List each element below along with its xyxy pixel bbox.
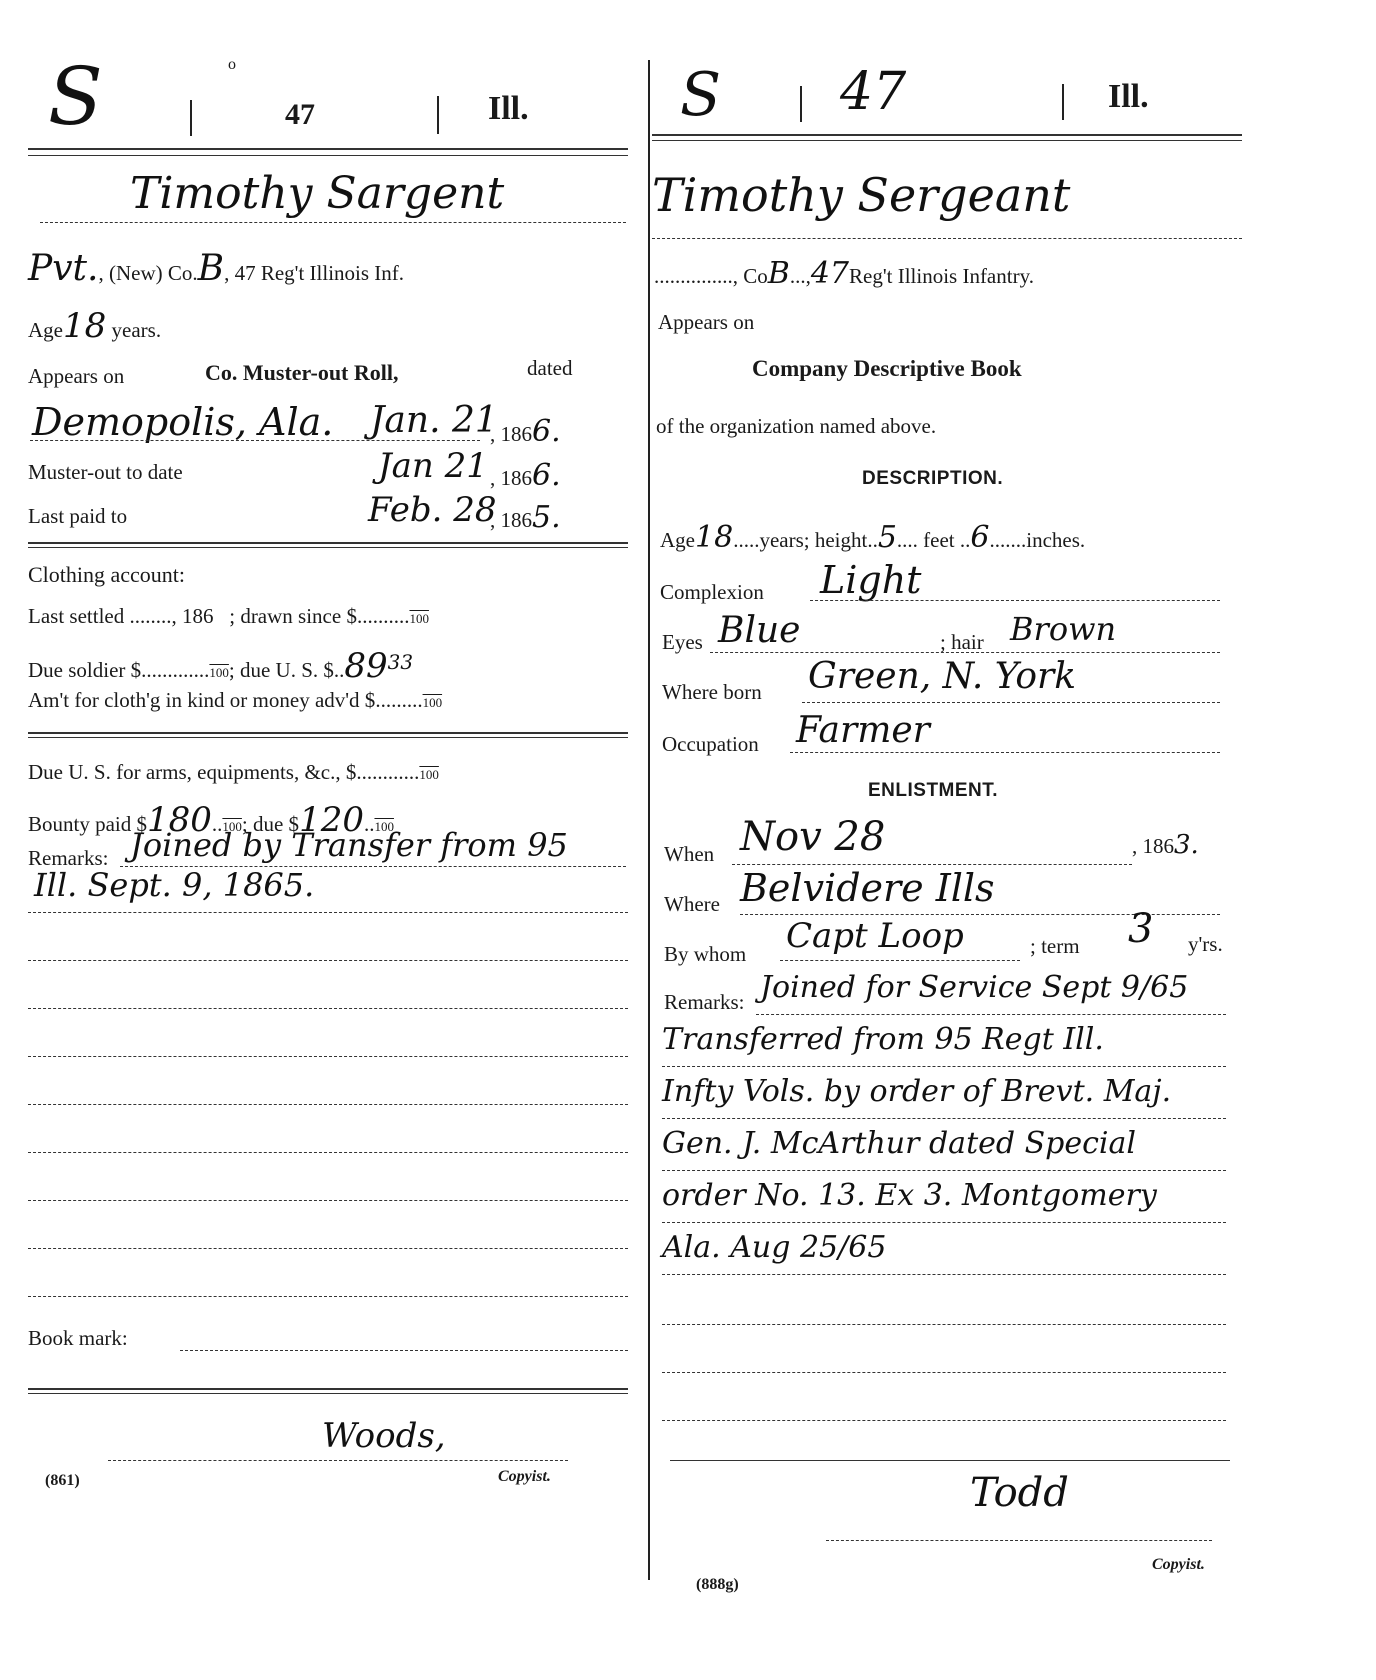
term-unit: y'rs. [1188, 932, 1223, 957]
roll-date: Jan. 21 [370, 400, 498, 441]
age-value: 18 [695, 520, 733, 555]
section-rule [28, 732, 628, 734]
rank-line-prefix: , (New) Co. [98, 261, 197, 285]
remarks-rule [662, 1118, 1226, 1119]
complexion-value: Light [820, 558, 921, 602]
appears-on-label: Appears on [658, 310, 754, 335]
remarks-rule [756, 1014, 1226, 1015]
header-rule [28, 148, 628, 150]
dated-label: dated [527, 356, 572, 381]
book-title: Company Descriptive Book [752, 356, 1022, 382]
born-label: Where born [662, 680, 762, 705]
remarks-line: Gen. J. McArthur dated Special [662, 1126, 1136, 1161]
blank-line [28, 1200, 628, 1201]
section-rule [28, 737, 628, 738]
header-divider [800, 86, 802, 122]
name-line [40, 222, 626, 223]
complexion-label: Complexion [660, 580, 764, 605]
age-value: 18 [63, 306, 106, 346]
header-rule [28, 155, 628, 156]
remarks-line: Joined for Service Sept 9/65 [760, 970, 1188, 1005]
term-value: 3 [1128, 906, 1153, 952]
descriptive-book-card: S 47 Ill. Timothy Sergeant .............… [640, 0, 1376, 1680]
roll-place: Demopolis, Ala. [32, 400, 333, 444]
section-rule [28, 542, 628, 544]
arms-line: Due U. S. for arms, equipments, &c., $..… [28, 760, 439, 785]
muster-out-label: Muster-out to date [28, 460, 183, 485]
header-mark: o [228, 56, 236, 74]
copyist-line [826, 1540, 1212, 1541]
inches-value: 6 [970, 520, 989, 555]
roll-year: , 1866. [490, 414, 561, 449]
remarks-rule [662, 1274, 1226, 1275]
remarks-rule [662, 1222, 1226, 1223]
copyist-line [108, 1460, 568, 1461]
book-mark-label: Book mark: [28, 1326, 128, 1351]
soldier-name: Timothy Sargent [130, 168, 504, 219]
name-line [652, 238, 1242, 239]
copyist-label: Copyist. [498, 1468, 551, 1486]
where-value: Belvidere Ills [740, 866, 995, 910]
remarks-line: Infty Vols. by order of Brevt. Maj. [662, 1074, 1171, 1109]
remarks-line: Transferred from 95 Regt Ill. [662, 1022, 1104, 1057]
header-rule [652, 140, 1242, 141]
surname-initial: S [680, 60, 721, 130]
rank-value: Pvt. [28, 248, 98, 289]
company-value: B [768, 256, 790, 291]
due-us-dollars: 89 [344, 646, 387, 686]
born-line [802, 702, 1220, 703]
hair-value: Brown [1010, 610, 1116, 648]
header-divider [190, 100, 192, 136]
when-value: Nov 28 [740, 814, 885, 860]
muster-out-date: Jan 21 [378, 446, 488, 486]
when-line [732, 864, 1132, 865]
state-abbr: Ill. [488, 90, 529, 128]
blank-line [28, 960, 628, 961]
blank-line [28, 1104, 628, 1105]
complexion-line [810, 600, 1220, 601]
born-value: Green, N. York [808, 656, 1076, 697]
blank-line [28, 1008, 628, 1009]
roll-line [30, 440, 480, 441]
copyist-signature: Woods, [322, 1416, 446, 1456]
by-whom-value: Capt Loop [786, 916, 964, 956]
section-rule [28, 547, 628, 548]
when-label: When [664, 842, 714, 867]
header-divider [1062, 84, 1064, 120]
age-unit: years. [112, 318, 162, 342]
blank-line [28, 912, 628, 913]
remarks-rule [662, 1170, 1226, 1171]
form-number: (888g) [696, 1576, 739, 1594]
age-line: Age18 years. [28, 306, 161, 346]
remarks-line-1: Joined by Transfer from 95 [130, 826, 568, 864]
when-year: , 1863. [1132, 830, 1199, 860]
remarks-line-2: Ill. Sept. 9, 1865. [34, 866, 314, 904]
remarks-label: Remarks: [664, 990, 744, 1015]
appears-on-label: Appears on [28, 364, 124, 389]
roll-name: Co. Muster-out Roll, [205, 360, 399, 386]
form-number: (861) [45, 1472, 80, 1490]
company-value: B [198, 248, 224, 289]
regiment-value: 47 [811, 256, 849, 291]
feet-value: 5 [878, 520, 897, 555]
occupation-label: Occupation [662, 732, 759, 757]
occupation-value: Farmer [796, 710, 930, 751]
blank-line [28, 1152, 628, 1153]
rank-line-suffix: , 47 Reg't Illinois Inf. [224, 261, 404, 285]
clothing-heading: Clothing account: [28, 562, 185, 588]
blank-line [28, 1056, 628, 1057]
regiment-number: 47 [285, 98, 315, 132]
due-us-cents: 33 [388, 650, 413, 674]
occupation-line [790, 752, 1220, 753]
last-paid-year: , 1865. [490, 500, 561, 535]
last-settled-line: Last settled ........, 186 ; drawn since… [28, 604, 429, 629]
description-heading: DESCRIPTION. [862, 468, 1003, 490]
unit-line: ..............., CoB...,47Reg't Illinois… [654, 256, 1034, 291]
muster-out-card: S o 47 Ill. Timothy Sargent Pvt., (New) … [0, 0, 640, 1680]
remarks-line: order No. 13. Ex 3. Montgomery [662, 1178, 1157, 1213]
by-whom-label: By whom [664, 942, 746, 967]
copyist-label: Copyist. [1152, 1556, 1205, 1574]
age-height-line: Age18.....years; height..5.... feet ..6.… [660, 520, 1085, 555]
blank-line [662, 1420, 1226, 1421]
surname-initial: S [48, 50, 103, 143]
eyes-hair-line [710, 652, 1220, 653]
book-mark-line [180, 1350, 628, 1351]
remarks-rule [662, 1066, 1226, 1067]
blank-line [28, 1248, 628, 1249]
last-paid-date: Feb. 28 [368, 490, 497, 530]
by-whom-line [780, 960, 1020, 961]
rank-line: Pvt., (New) Co.B, 47 Reg't Illinois Inf. [28, 248, 404, 289]
card-border [648, 60, 650, 1580]
regiment-number: 47 [840, 62, 906, 122]
copyist-signature: Todd [970, 1470, 1069, 1516]
state-abbr: Ill. [1108, 78, 1149, 116]
soldier-name: Timothy Sergeant [652, 168, 1070, 222]
footer-rule [670, 1460, 1230, 1461]
organization-note: of the organization named above. [656, 414, 936, 439]
header-divider [437, 96, 439, 134]
where-label: Where [664, 892, 720, 917]
term-label: ; term [1030, 934, 1080, 959]
amount-advanced-line: Am't for cloth'g in kind or money adv'd … [28, 688, 442, 713]
eyes-value: Blue [718, 610, 800, 651]
footer-rule [28, 1393, 628, 1394]
blank-line [28, 1296, 628, 1297]
blank-line [662, 1324, 1226, 1325]
age-label: Age [28, 318, 63, 342]
blank-line [662, 1372, 1226, 1373]
due-soldier-line: Due soldier $.............100; due U. S.… [28, 646, 413, 686]
eyes-label: Eyes [662, 630, 703, 655]
last-paid-label: Last paid to [28, 504, 127, 529]
footer-rule [28, 1388, 628, 1390]
muster-out-year: , 1866. [490, 458, 561, 493]
header-rule [652, 134, 1242, 136]
enlistment-heading: ENLISTMENT. [868, 780, 998, 802]
remarks-line: Ala. Aug 25/65 [662, 1230, 886, 1265]
